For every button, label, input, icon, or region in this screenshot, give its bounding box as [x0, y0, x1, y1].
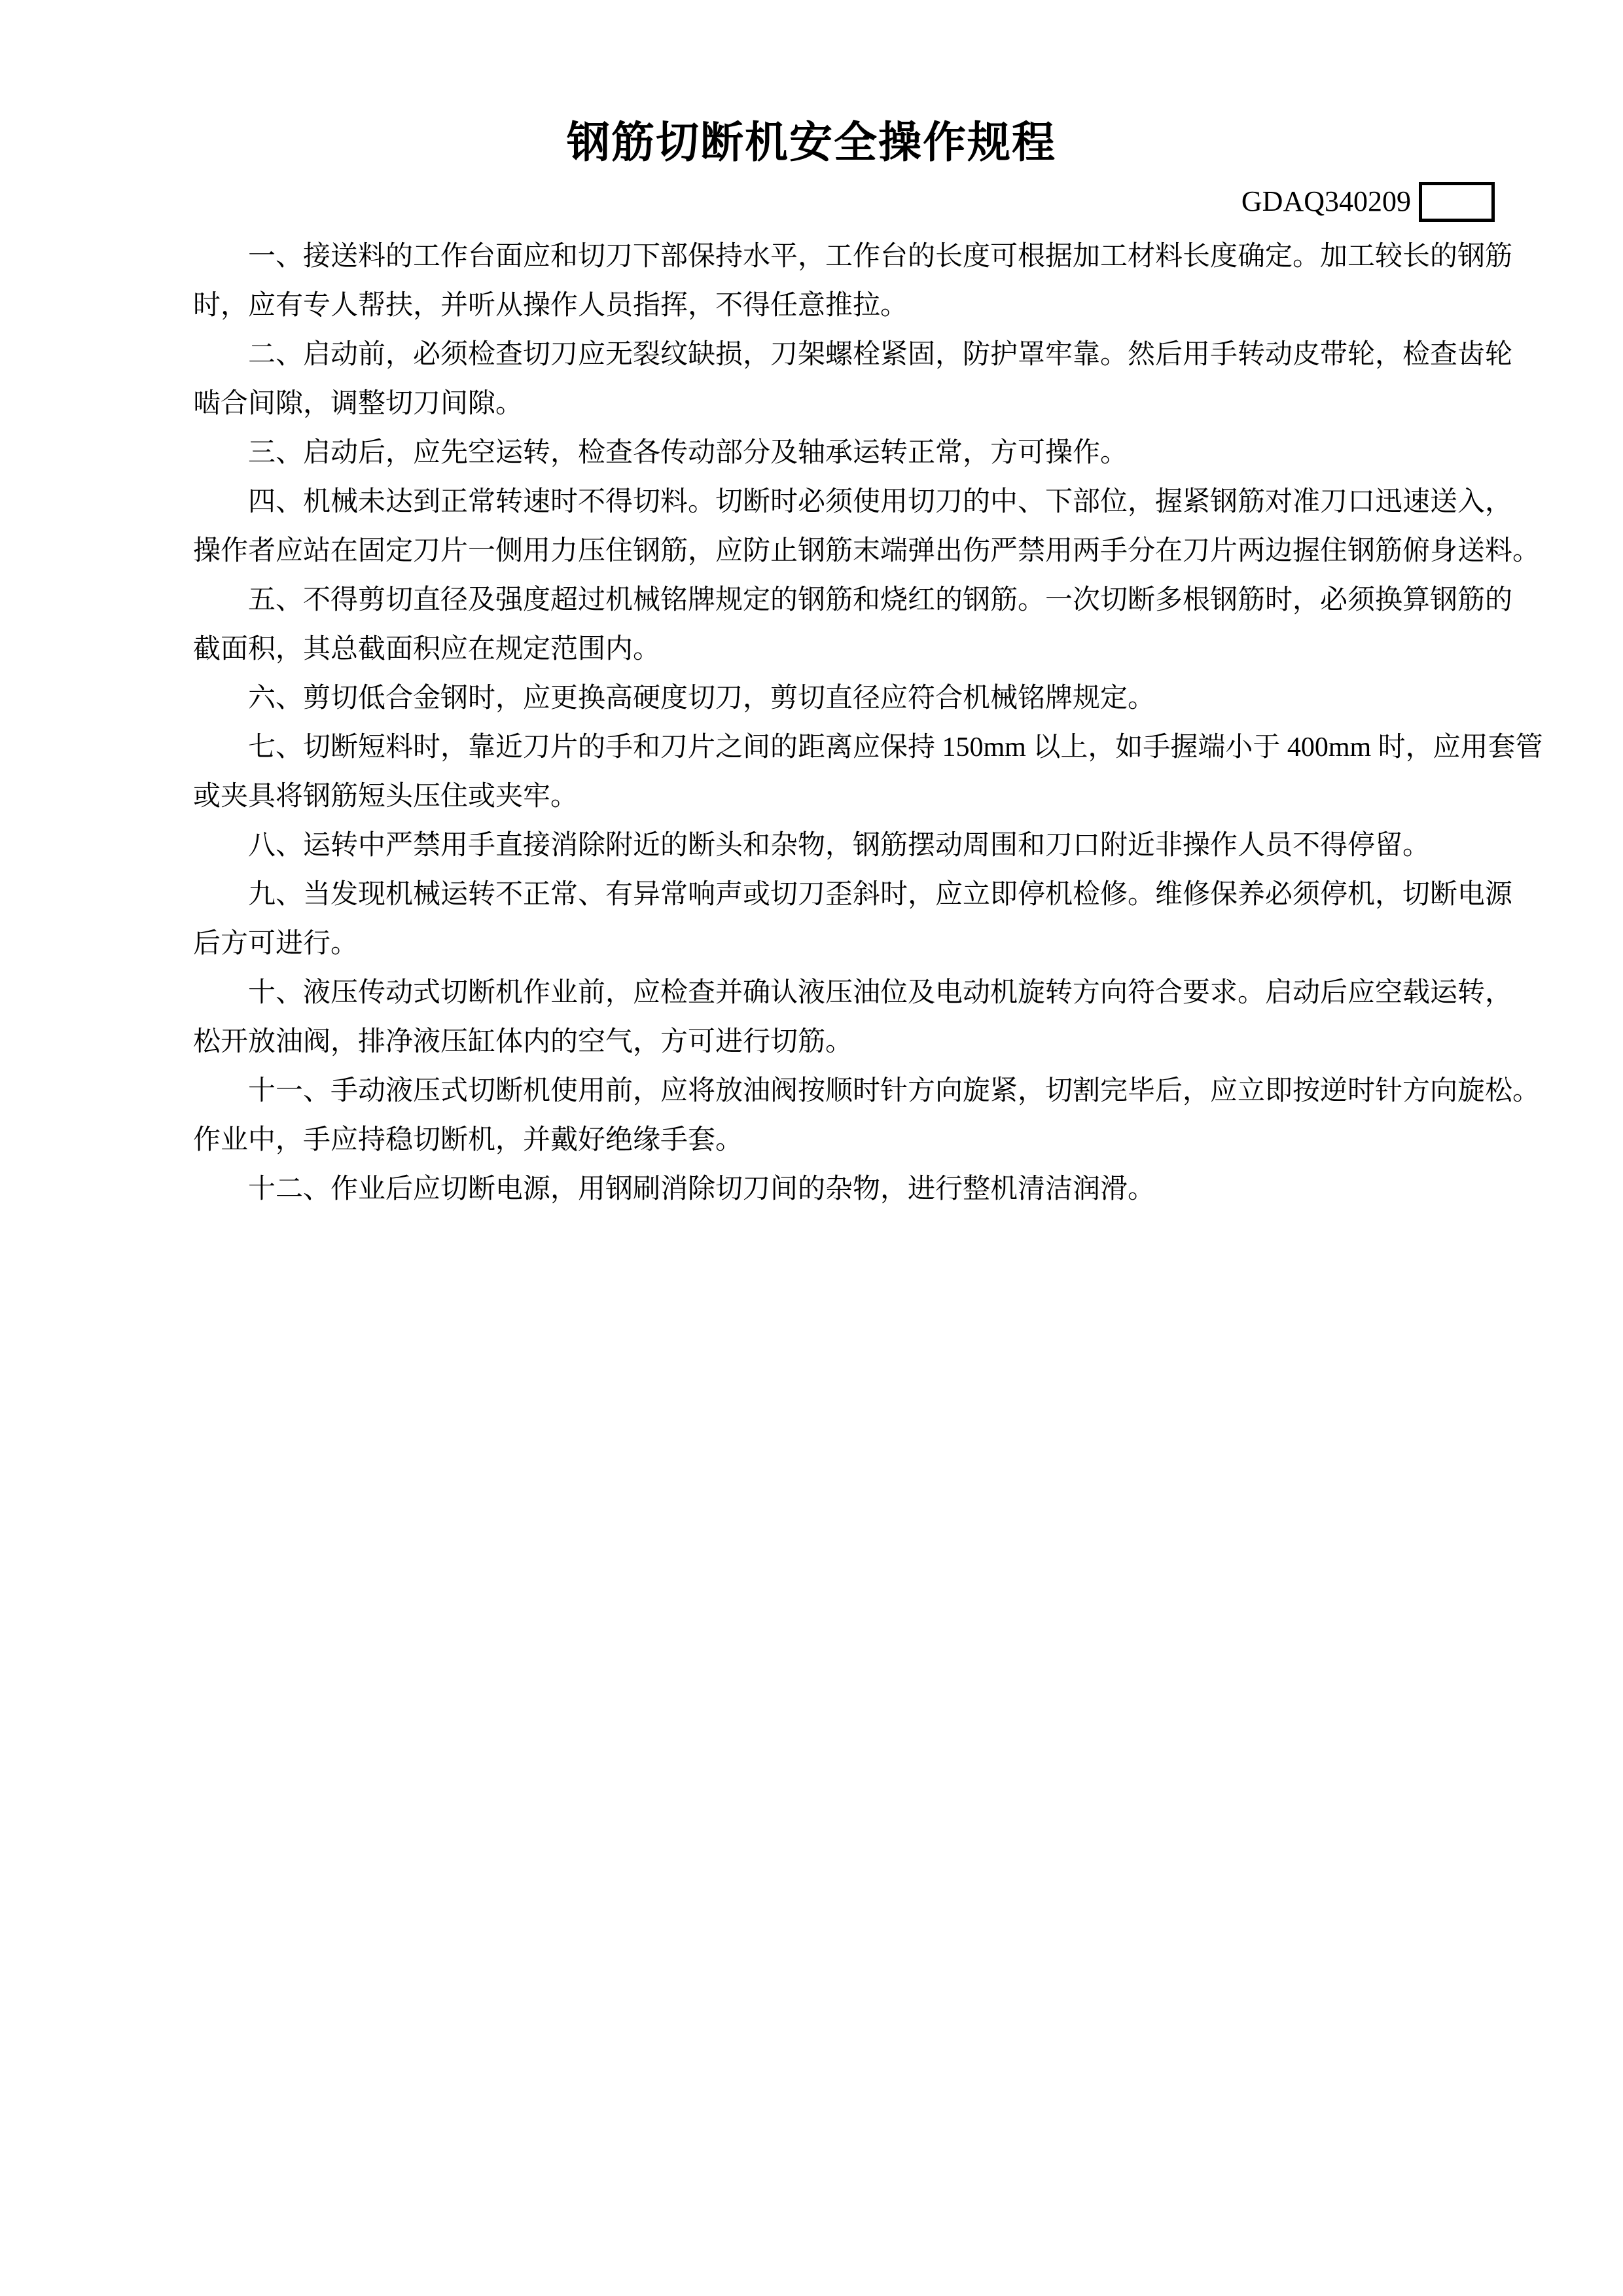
document-body: 一、接送料的工作台面应和切刀下部保持水平，工作台的长度可根据加工材料长度确定。加…	[0, 232, 1623, 1214]
paragraph-line: 操作者应站在固定刀片一侧用力压住钢筋，应防止钢筋末端弹出伤严禁用两手分在刀片两边…	[193, 527, 1544, 576]
rule-paragraph-7: 七、切断短料时，靠近刀片的手和刀片之间的距离应保持 150mm 以上，如手握端小…	[193, 723, 1544, 821]
rule-paragraph-9: 九、当发现机械运转不正常、有异常响声或切刀歪斜时，应立即停机检修。维修保养必须停…	[193, 870, 1544, 969]
paragraph-line: 一、接送料的工作台面应和切刀下部保持水平，工作台的长度可根据加工材料长度确定。加…	[193, 232, 1544, 281]
paragraph-line: 时，应有专人帮扶，并听从操作人员指挥，不得任意推拉。	[193, 281, 1544, 331]
rule-paragraph-4: 四、机械未达到正常转速时不得切料。切断时必须使用切刀的中、下部位，握紧钢筋对准刀…	[193, 478, 1544, 576]
paragraph-line: 三、启动后，应先空运转，检查各传动部分及轴承运转正常，方可操作。	[193, 429, 1544, 478]
paragraph-line: 十、液压传动式切断机作业前，应检查并确认液压油位及电动机旋转方向符合要求。启动后…	[193, 969, 1544, 1018]
rule-paragraph-3: 三、启动后，应先空运转，检查各传动部分及轴承运转正常，方可操作。	[193, 429, 1544, 478]
paragraph-line: 或夹具将钢筋短头压住或夹牢。	[193, 772, 1544, 821]
paragraph-line: 六、剪切低合金钢时，应更换高硬度切刀，剪切直径应符合机械铭牌规定。	[193, 674, 1544, 723]
paragraph-line: 八、运转中严禁用手直接消除附近的断头和杂物，钢筋摆动周围和刀口附近非操作人员不得…	[193, 821, 1544, 870]
paragraph-line: 截面积，其总截面积应在规定范围内。	[193, 625, 1544, 674]
rule-paragraph-5: 五、不得剪切直径及强度超过机械铭牌规定的钢筋和烧红的钢筋。一次切断多根钢筋时，必…	[193, 576, 1544, 674]
paragraph-line: 啮合间隙，调整切刀间隙。	[193, 380, 1544, 429]
paragraph-line: 九、当发现机械运转不正常、有异常响声或切刀歪斜时，应立即停机检修。维修保养必须停…	[193, 870, 1544, 920]
rule-paragraph-1: 一、接送料的工作台面应和切刀下部保持水平，工作台的长度可根据加工材料长度确定。加…	[193, 232, 1544, 331]
paragraph-line: 四、机械未达到正常转速时不得切料。切断时必须使用切刀的中、下部位，握紧钢筋对准刀…	[193, 478, 1544, 527]
paragraph-line: 后方可进行。	[193, 920, 1544, 969]
doc-code: GDAQ340209	[1241, 181, 1411, 222]
doc-code-blank-box	[1419, 182, 1495, 222]
rule-paragraph-11: 十一、手动液压式切断机使用前，应将放油阀按顺时针方向旋紧，切割完毕后，应立即按逆…	[193, 1067, 1544, 1165]
rule-paragraph-10: 十、液压传动式切断机作业前，应检查并确认液压油位及电动机旋转方向符合要求。启动后…	[193, 969, 1544, 1067]
rule-paragraph-8: 八、运转中严禁用手直接消除附近的断头和杂物，钢筋摆动周围和刀口附近非操作人员不得…	[193, 821, 1544, 870]
paragraph-line: 松开放油阀，排净液压缸体内的空气，方可进行切筋。	[193, 1018, 1544, 1067]
rule-paragraph-6: 六、剪切低合金钢时，应更换高硬度切刀，剪切直径应符合机械铭牌规定。	[193, 674, 1544, 723]
doc-code-row: GDAQ340209	[0, 181, 1623, 222]
paragraph-line: 七、切断短料时，靠近刀片的手和刀片之间的距离应保持 150mm 以上，如手握端小…	[193, 723, 1544, 772]
document-title: 钢筋切断机安全操作规程	[0, 0, 1623, 168]
paragraph-line: 作业中，手应持稳切断机，并戴好绝缘手套。	[193, 1116, 1544, 1165]
rule-paragraph-12: 十二、作业后应切断电源，用钢刷消除切刀间的杂物，进行整机清洁润滑。	[193, 1165, 1544, 1214]
document-page: 钢筋切断机安全操作规程 GDAQ340209 一、接送料的工作台面应和切刀下部保…	[0, 0, 1623, 2296]
paragraph-line: 十一、手动液压式切断机使用前，应将放油阀按顺时针方向旋紧，切割完毕后，应立即按逆…	[193, 1067, 1544, 1116]
rule-paragraph-2: 二、启动前，必须检查切刀应无裂纹缺损，刀架螺栓紧固，防护罩牢靠。然后用手转动皮带…	[193, 331, 1544, 429]
paragraph-line: 五、不得剪切直径及强度超过机械铭牌规定的钢筋和烧红的钢筋。一次切断多根钢筋时，必…	[193, 576, 1544, 625]
paragraph-line: 二、启动前，必须检查切刀应无裂纹缺损，刀架螺栓紧固，防护罩牢靠。然后用手转动皮带…	[193, 331, 1544, 380]
paragraph-line: 十二、作业后应切断电源，用钢刷消除切刀间的杂物，进行整机清洁润滑。	[193, 1165, 1544, 1214]
